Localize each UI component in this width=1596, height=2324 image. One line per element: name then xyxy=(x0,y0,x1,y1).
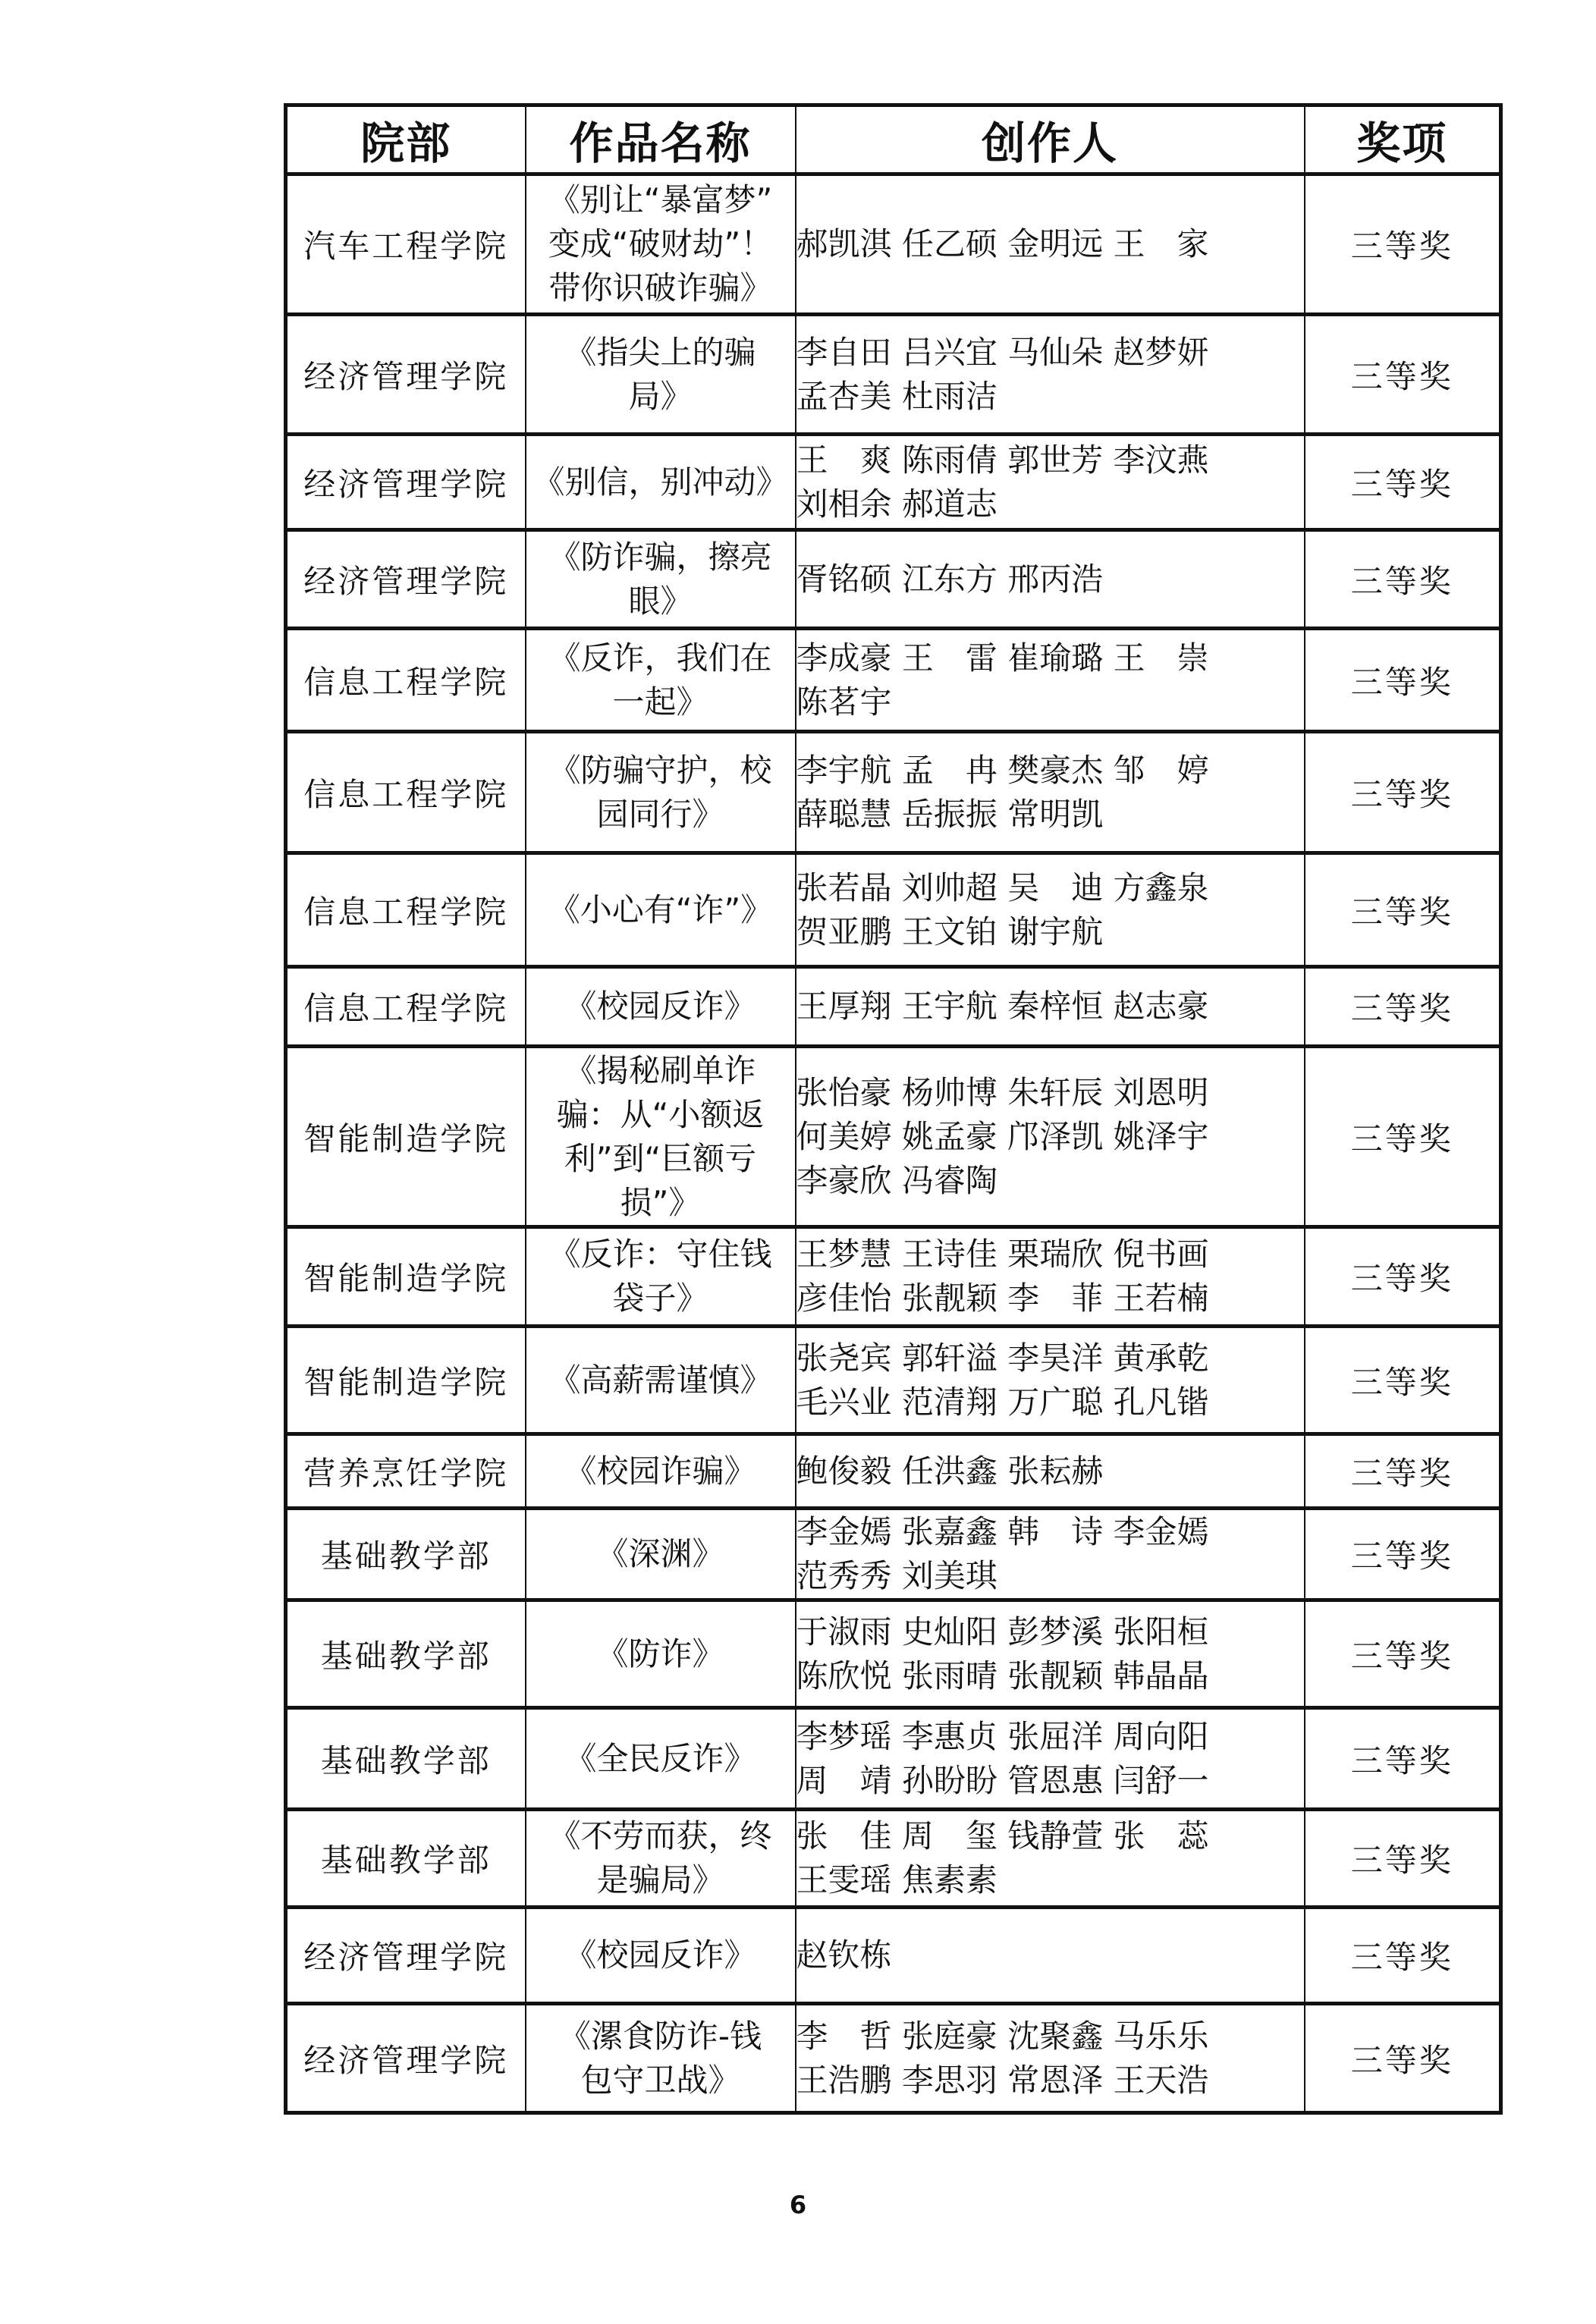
table-body: 汽车工程学院《别让“暴富梦”变成“破财劫”！带你识破诈骗》郝凯淇 任乙硕 金明远… xyxy=(286,174,1501,2113)
work-title-line: 《全民反诈》 xyxy=(526,1737,795,1781)
work-title-line: 一起》 xyxy=(526,680,795,724)
cell-work-title: 《指尖上的骗局》 xyxy=(526,315,796,435)
authors-line: 何美婷 姚孟豪 邝泽凯 姚泽宇 xyxy=(796,1115,1304,1159)
cell-award: 三等奖 xyxy=(1305,1434,1501,1509)
cell-award: 三等奖 xyxy=(1305,435,1501,530)
work-title-line: 《校园诈骗》 xyxy=(526,1449,795,1493)
table-row: 基础教学部《深渊》李金嫣 张嘉鑫 韩 诗 李金嫣范秀秀 刘美琪三等奖 xyxy=(286,1509,1501,1600)
header-authors: 创作人 xyxy=(796,105,1305,174)
authors-line: 王 爽 陈雨倩 郭世芳 李汶燕 xyxy=(796,438,1304,482)
cell-department: 信息工程学院 xyxy=(286,853,526,967)
cell-department: 基础教学部 xyxy=(286,1509,526,1600)
cell-work-title: 《高薪需谨慎》 xyxy=(526,1327,796,1434)
authors-line: 于淑雨 史灿阳 彭梦溪 张阳桓 xyxy=(796,1610,1304,1654)
cell-work-title: 《漯食防诈-钱包守卫战》 xyxy=(526,2004,796,2113)
authors-line: 王梦慧 王诗佳 栗瑞欣 倪书画 xyxy=(796,1233,1304,1277)
table-row: 信息工程学院《小心有“诈”》张若晶 刘帅超 吴 迪 方鑫泉贺亚鹏 王文铂 谢宇航… xyxy=(286,853,1501,967)
table-header-row: 院部 作品名称 创作人 奖项 xyxy=(286,105,1501,174)
cell-authors: 李梦瑶 李惠贞 张屈洋 周向阳周 靖 孙盼盼 管恩惠 闫舒一 xyxy=(796,1708,1305,1810)
authors-line: 赵钦栋 xyxy=(796,1933,1304,1977)
cell-department: 营养烹饪学院 xyxy=(286,1434,526,1509)
work-title-line: 袋子》 xyxy=(526,1277,795,1321)
table-row: 智能制造学院《反诈：守住钱袋子》王梦慧 王诗佳 栗瑞欣 倪书画彦佳怡 张靓颖 李… xyxy=(286,1227,1501,1327)
work-title-line: 《校园反诈》 xyxy=(526,1933,795,1977)
cell-department: 经济管理学院 xyxy=(286,2004,526,2113)
authors-line: 王厚翔 王宇航 秦梓恒 赵志豪 xyxy=(796,985,1304,1029)
cell-work-title: 《防诈骗，擦亮眼》 xyxy=(526,530,796,629)
work-title-line: 利”到“巨额亏 xyxy=(526,1137,795,1181)
cell-award: 三等奖 xyxy=(1305,530,1501,629)
cell-work-title: 《别让“暴富梦”变成“破财劫”！带你识破诈骗》 xyxy=(526,174,796,315)
cell-award: 三等奖 xyxy=(1305,1509,1501,1600)
table-row: 基础教学部《防诈》于淑雨 史灿阳 彭梦溪 张阳桓陈欣悦 张雨晴 张靓颖 韩晶晶三… xyxy=(286,1600,1501,1708)
cell-award: 三等奖 xyxy=(1305,629,1501,732)
work-title-line: 带你识破诈骗》 xyxy=(526,266,795,310)
authors-line: 贺亚鹏 王文铂 谢宇航 xyxy=(796,910,1304,954)
cell-work-title: 《反诈：守住钱袋子》 xyxy=(526,1227,796,1327)
table-row: 经济管理学院《指尖上的骗局》李自田 吕兴宜 马仙朵 赵梦妍孟杏美 杜雨洁三等奖 xyxy=(286,315,1501,435)
work-title-line: 损”》 xyxy=(526,1181,795,1225)
work-title-line: 《深渊》 xyxy=(526,1532,795,1576)
cell-award: 三等奖 xyxy=(1305,2004,1501,2113)
cell-authors: 赵钦栋 xyxy=(796,1908,1305,2004)
cell-department: 经济管理学院 xyxy=(286,1908,526,2004)
cell-work-title: 《全民反诈》 xyxy=(526,1708,796,1810)
cell-award: 三等奖 xyxy=(1305,853,1501,967)
awards-table: 院部 作品名称 创作人 奖项 汽车工程学院《别让“暴富梦”变成“破财劫”！带你识… xyxy=(284,103,1503,2115)
authors-line: 张 佳 周 玺 钱静萱 张 蕊 xyxy=(796,1814,1304,1858)
cell-work-title: 《校园反诈》 xyxy=(526,1908,796,2004)
cell-award: 三等奖 xyxy=(1305,967,1501,1047)
page-number: 6 xyxy=(0,2191,1596,2219)
work-title-line: 眼》 xyxy=(526,579,795,623)
cell-award: 三等奖 xyxy=(1305,1600,1501,1708)
cell-authors: 李金嫣 张嘉鑫 韩 诗 李金嫣范秀秀 刘美琪 xyxy=(796,1509,1305,1600)
cell-award: 三等奖 xyxy=(1305,1047,1501,1227)
table-row: 基础教学部《全民反诈》李梦瑶 李惠贞 张屈洋 周向阳周 靖 孙盼盼 管恩惠 闫舒… xyxy=(286,1708,1501,1810)
work-title-line: 《高薪需谨慎》 xyxy=(526,1358,795,1402)
work-title-line: 《别信，别冲动》 xyxy=(526,460,795,504)
authors-line: 郝凯淇 任乙硕 金明远 王 家 xyxy=(796,222,1304,266)
cell-authors: 张 佳 周 玺 钱静萱 张 蕊王雯瑶 焦素素 xyxy=(796,1810,1305,1908)
cell-department: 智能制造学院 xyxy=(286,1227,526,1327)
cell-award: 三等奖 xyxy=(1305,1227,1501,1327)
cell-department: 信息工程学院 xyxy=(286,967,526,1047)
authors-line: 胥铭硕 江东方 邢丙浩 xyxy=(796,557,1304,601)
document-page: 院部 作品名称 创作人 奖项 汽车工程学院《别让“暴富梦”变成“破财劫”！带你识… xyxy=(0,0,1596,2324)
header-work-title: 作品名称 xyxy=(526,105,796,174)
work-title-line: 《小心有“诈”》 xyxy=(526,888,795,932)
cell-award: 三等奖 xyxy=(1305,1327,1501,1434)
cell-work-title: 《不劳而获，终是骗局》 xyxy=(526,1810,796,1908)
table-row: 基础教学部《不劳而获，终是骗局》张 佳 周 玺 钱静萱 张 蕊王雯瑶 焦素素三等… xyxy=(286,1810,1501,1908)
cell-department: 经济管理学院 xyxy=(286,435,526,530)
work-title-line: 局》 xyxy=(526,375,795,419)
authors-line: 彦佳怡 张靓颖 李 菲 王若楠 xyxy=(796,1277,1304,1321)
cell-authors: 于淑雨 史灿阳 彭梦溪 张阳桓陈欣悦 张雨晴 张靓颖 韩晶晶 xyxy=(796,1600,1305,1708)
authors-line: 张怡豪 杨帅博 朱轩辰 刘恩明 xyxy=(796,1071,1304,1115)
cell-authors: 王 爽 陈雨倩 郭世芳 李汶燕刘相余 郝道志 xyxy=(796,435,1305,530)
table-row: 营养烹饪学院《校园诈骗》鲍俊毅 任洪鑫 张耘赫三等奖 xyxy=(286,1434,1501,1509)
work-title-line: 《防诈骗，擦亮 xyxy=(526,535,795,579)
cell-department: 经济管理学院 xyxy=(286,530,526,629)
authors-line: 陈茗宇 xyxy=(796,680,1304,724)
cell-work-title: 《小心有“诈”》 xyxy=(526,853,796,967)
cell-authors: 李宇航 孟 冉 樊豪杰 邹 婷薛聪慧 岳振振 常明凯 xyxy=(796,732,1305,853)
work-title-line: 《校园反诈》 xyxy=(526,985,795,1029)
header-award: 奖项 xyxy=(1305,105,1501,174)
work-title-line: 《别让“暴富梦” xyxy=(526,178,795,222)
cell-department: 基础教学部 xyxy=(286,1708,526,1810)
work-title-line: 《指尖上的骗 xyxy=(526,331,795,375)
cell-work-title: 《深渊》 xyxy=(526,1509,796,1600)
work-title-line: 《漯食防诈-钱 xyxy=(526,2015,795,2059)
authors-line: 薛聪慧 岳振振 常明凯 xyxy=(796,793,1304,837)
authors-line: 陈欣悦 张雨晴 张靓颖 韩晶晶 xyxy=(796,1654,1304,1698)
work-title-line: 《揭秘刷单诈 xyxy=(526,1049,795,1093)
work-title-line: 园同行》 xyxy=(526,793,795,837)
cell-department: 智能制造学院 xyxy=(286,1327,526,1434)
cell-award: 三等奖 xyxy=(1305,315,1501,435)
cell-authors: 王梦慧 王诗佳 栗瑞欣 倪书画彦佳怡 张靓颖 李 菲 王若楠 xyxy=(796,1227,1305,1327)
work-title-line: 变成“破财劫”！ xyxy=(526,222,795,266)
cell-work-title: 《校园诈骗》 xyxy=(526,1434,796,1509)
table-row: 信息工程学院《防骗守护，校园同行》李宇航 孟 冉 樊豪杰 邹 婷薛聪慧 岳振振 … xyxy=(286,732,1501,853)
authors-line: 孟杏美 杜雨洁 xyxy=(796,375,1304,419)
work-title-line: 《反诈：守住钱 xyxy=(526,1233,795,1277)
table-row: 经济管理学院《别信，别冲动》王 爽 陈雨倩 郭世芳 李汶燕刘相余 郝道志三等奖 xyxy=(286,435,1501,530)
cell-authors: 张若晶 刘帅超 吴 迪 方鑫泉贺亚鹏 王文铂 谢宇航 xyxy=(796,853,1305,967)
cell-work-title: 《防诈》 xyxy=(526,1600,796,1708)
cell-department: 基础教学部 xyxy=(286,1810,526,1908)
table-row: 经济管理学院《校园反诈》赵钦栋三等奖 xyxy=(286,1908,1501,2004)
cell-department: 基础教学部 xyxy=(286,1600,526,1708)
cell-department: 信息工程学院 xyxy=(286,629,526,732)
table-row: 智能制造学院《揭秘刷单诈骗：从“小额返利”到“巨额亏损”》张怡豪 杨帅博 朱轩辰… xyxy=(286,1047,1501,1227)
table-row: 智能制造学院《高薪需谨慎》张尧宾 郭轩溢 李昊洋 黄承乾毛兴业 范清翔 万广聪 … xyxy=(286,1327,1501,1434)
cell-authors: 张怡豪 杨帅博 朱轩辰 刘恩明何美婷 姚孟豪 邝泽凯 姚泽宇李豪欣 冯睿陶 xyxy=(796,1047,1305,1227)
authors-line: 李自田 吕兴宜 马仙朵 赵梦妍 xyxy=(796,331,1304,375)
cell-work-title: 《揭秘刷单诈骗：从“小额返利”到“巨额亏损”》 xyxy=(526,1047,796,1227)
work-title-line: 包守卫战》 xyxy=(526,2059,795,2103)
cell-department: 汽车工程学院 xyxy=(286,174,526,315)
cell-work-title: 《防骗守护，校园同行》 xyxy=(526,732,796,853)
authors-line: 王浩鹏 李思羽 常恩泽 王天浩 xyxy=(796,2059,1304,2103)
cell-authors: 胥铭硕 江东方 邢丙浩 xyxy=(796,530,1305,629)
authors-line: 李 哲 张庭豪 沈聚鑫 马乐乐 xyxy=(796,2015,1304,2059)
work-title-line: 骗：从“小额返 xyxy=(526,1093,795,1137)
header-department: 院部 xyxy=(286,105,526,174)
cell-authors: 郝凯淇 任乙硕 金明远 王 家 xyxy=(796,174,1305,315)
authors-line: 李成豪 王 雷 崔瑜璐 王 崇 xyxy=(796,636,1304,680)
cell-department: 经济管理学院 xyxy=(286,315,526,435)
work-title-line: 《防诈》 xyxy=(526,1632,795,1676)
authors-line: 周 靖 孙盼盼 管恩惠 闫舒一 xyxy=(796,1759,1304,1803)
authors-line: 王雯瑶 焦素素 xyxy=(796,1858,1304,1902)
cell-work-title: 《别信，别冲动》 xyxy=(526,435,796,530)
authors-line: 李豪欣 冯睿陶 xyxy=(796,1159,1304,1203)
authors-line: 李金嫣 张嘉鑫 韩 诗 李金嫣 xyxy=(796,1510,1304,1554)
authors-line: 范秀秀 刘美琪 xyxy=(796,1554,1304,1598)
authors-line: 李宇航 孟 冉 樊豪杰 邹 婷 xyxy=(796,749,1304,793)
table-row: 经济管理学院《防诈骗，擦亮眼》胥铭硕 江东方 邢丙浩三等奖 xyxy=(286,530,1501,629)
cell-work-title: 《校园反诈》 xyxy=(526,967,796,1047)
cell-department: 智能制造学院 xyxy=(286,1047,526,1227)
table-row: 信息工程学院《校园反诈》王厚翔 王宇航 秦梓恒 赵志豪三等奖 xyxy=(286,967,1501,1047)
cell-authors: 鲍俊毅 任洪鑫 张耘赫 xyxy=(796,1434,1305,1509)
cell-work-title: 《反诈，我们在一起》 xyxy=(526,629,796,732)
cell-award: 三等奖 xyxy=(1305,1810,1501,1908)
cell-award: 三等奖 xyxy=(1305,732,1501,853)
table-row: 汽车工程学院《别让“暴富梦”变成“破财劫”！带你识破诈骗》郝凯淇 任乙硕 金明远… xyxy=(286,174,1501,315)
authors-line: 张若晶 刘帅超 吴 迪 方鑫泉 xyxy=(796,866,1304,910)
cell-award: 三等奖 xyxy=(1305,1708,1501,1810)
table-row: 经济管理学院《漯食防诈-钱包守卫战》李 哲 张庭豪 沈聚鑫 马乐乐王浩鹏 李思羽… xyxy=(286,2004,1501,2113)
cell-authors: 张尧宾 郭轩溢 李昊洋 黄承乾毛兴业 范清翔 万广聪 孔凡锴 xyxy=(796,1327,1305,1434)
cell-award: 三等奖 xyxy=(1305,174,1501,315)
cell-award: 三等奖 xyxy=(1305,1908,1501,2004)
cell-authors: 李 哲 张庭豪 沈聚鑫 马乐乐王浩鹏 李思羽 常恩泽 王天浩 xyxy=(796,2004,1305,2113)
work-title-line: 《防骗守护，校 xyxy=(526,749,795,793)
work-title-line: 是骗局》 xyxy=(526,1858,795,1902)
work-title-line: 《反诈，我们在 xyxy=(526,636,795,680)
table-row: 信息工程学院《反诈，我们在一起》李成豪 王 雷 崔瑜璐 王 崇陈茗宇三等奖 xyxy=(286,629,1501,732)
cell-authors: 李成豪 王 雷 崔瑜璐 王 崇陈茗宇 xyxy=(796,629,1305,732)
work-title-line: 《不劳而获，终 xyxy=(526,1814,795,1858)
authors-line: 毛兴业 范清翔 万广聪 孔凡锴 xyxy=(796,1380,1304,1424)
authors-line: 刘相余 郝道志 xyxy=(796,482,1304,526)
authors-line: 张尧宾 郭轩溢 李昊洋 黄承乾 xyxy=(796,1336,1304,1380)
authors-line: 鲍俊毅 任洪鑫 张耘赫 xyxy=(796,1449,1304,1493)
cell-authors: 李自田 吕兴宜 马仙朵 赵梦妍孟杏美 杜雨洁 xyxy=(796,315,1305,435)
cell-authors: 王厚翔 王宇航 秦梓恒 赵志豪 xyxy=(796,967,1305,1047)
authors-line: 李梦瑶 李惠贞 张屈洋 周向阳 xyxy=(796,1715,1304,1759)
cell-department: 信息工程学院 xyxy=(286,732,526,853)
